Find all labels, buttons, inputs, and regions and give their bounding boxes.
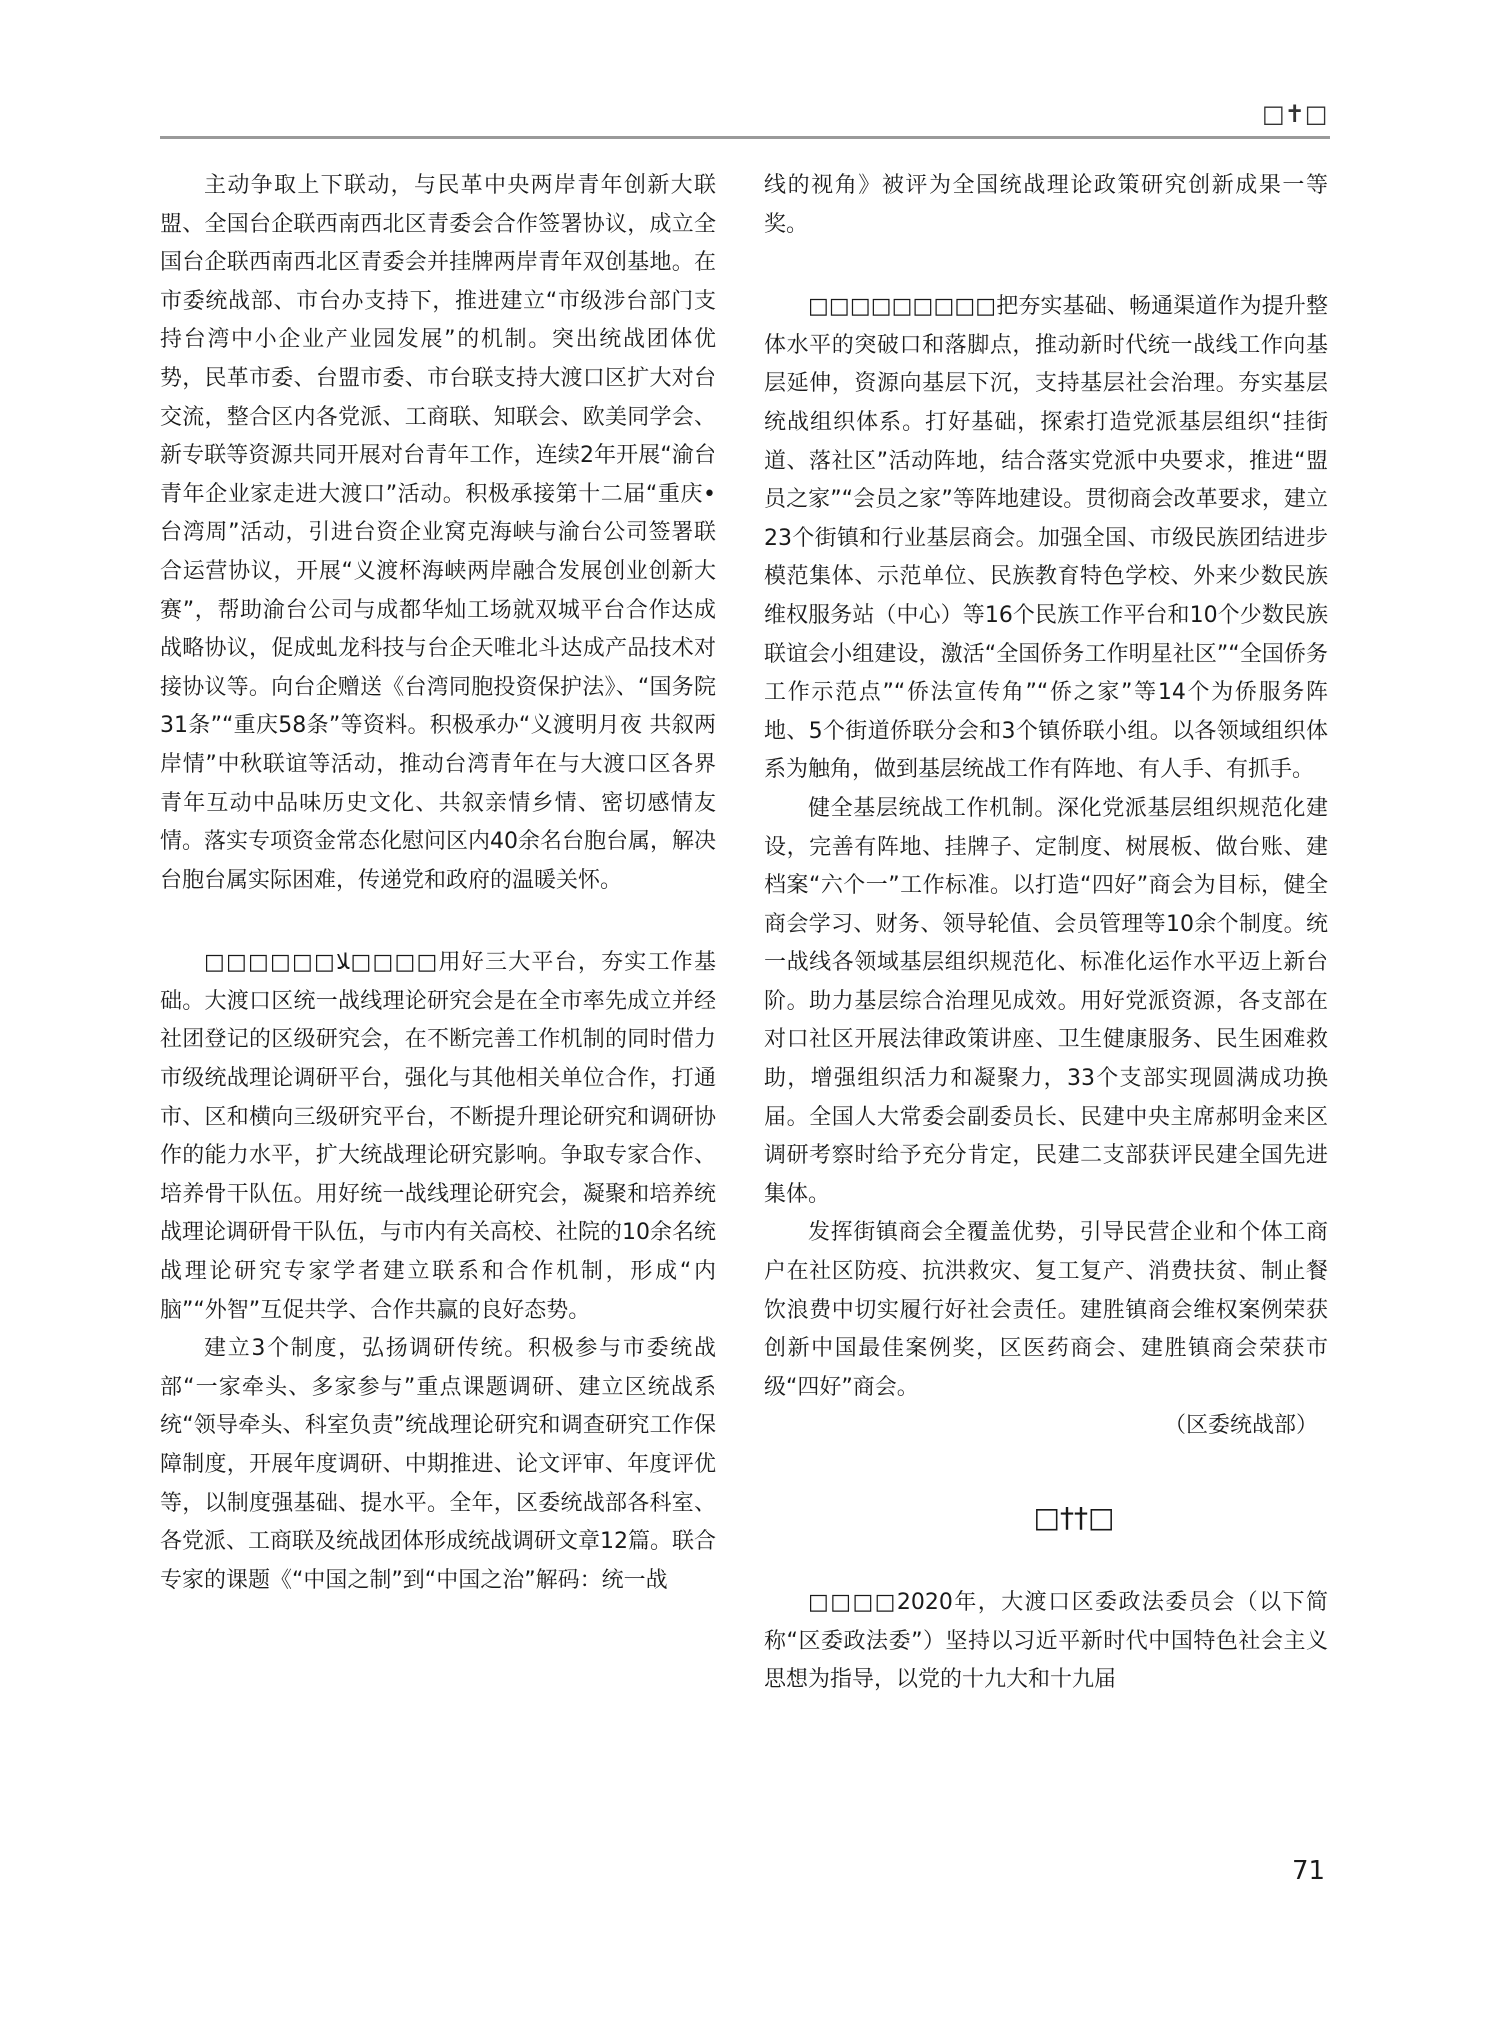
- attribution: （区委统战部）: [764, 1407, 1328, 1446]
- spacer: [160, 900, 716, 944]
- paragraph-taiwan-exchange: 主动争取上下联动，与民革中央两岸青年创新大联盟、全国台企联西南西北区青委会合作签…: [160, 167, 716, 900]
- section-heading: □□□□: [808, 1590, 897, 1615]
- spacer: [764, 1538, 1328, 1584]
- left-column: 主动争取上下联动，与民革中央两岸青年创新大联盟、全国台企联西南西北区青委会合作签…: [160, 167, 716, 1600]
- paragraph-theory-research: □□□□□□ﻼ□□□□用好三大平台，夯实工作基础。大渡口区统一战线理论研究会是在…: [160, 944, 716, 1330]
- header-rule: [160, 136, 1330, 139]
- new-section-title: □††□: [764, 1498, 1328, 1538]
- section-lead-text: 把夯实基础、畅通渠道作为提升整体水平的突破口和落脚点，推动新时代统一战线工作向基…: [764, 294, 1328, 782]
- running-head: □✝□: [1262, 100, 1327, 128]
- paragraph-overview: □□□□2020年，大渡口区委政法委员会（以下简称“区委政法委”）坚持以习近平新…: [764, 1584, 1328, 1700]
- paragraph-research-system: 建立3个制度，弘扬调研传统。积极参与市委统战部“一家牵头、多家参与”重点课题调研…: [160, 1330, 716, 1600]
- section-heading: □□□□□□ﻼ□□□□: [204, 950, 439, 975]
- right-column: 线的视角》被评为全国统战理论政策研究创新成果一等奖。 □□□□□□□□□把夯实基…: [764, 167, 1328, 1700]
- spacer: [764, 244, 1328, 288]
- section-heading: □□□□□□□□□: [808, 294, 996, 319]
- paragraph-mechanism: 健全基层统战工作机制。深化党派基层组织规范化建设，完善有阵地、挂牌子、定制度、树…: [764, 790, 1328, 1215]
- section-lead-text: 用好三大平台，夯实工作基础。大渡口区统一战线理论研究会是在全市率先成立并经社团登…: [160, 950, 716, 1322]
- paragraph-chamber: 发挥街镇商会全覆盖优势，引导民营企业和个体工商户在社区防疫、抗洪救灾、复工复产、…: [764, 1214, 1328, 1407]
- paragraph-grassroots: □□□□□□□□□把夯实基础、畅通渠道作为提升整体水平的突破口和落脚点，推动新时…: [764, 288, 1328, 790]
- page-number: 71: [1292, 1856, 1325, 1886]
- spacer: [764, 1446, 1328, 1498]
- paragraph-continuation: 线的视角》被评为全国统战理论政策研究创新成果一等奖。: [764, 167, 1328, 244]
